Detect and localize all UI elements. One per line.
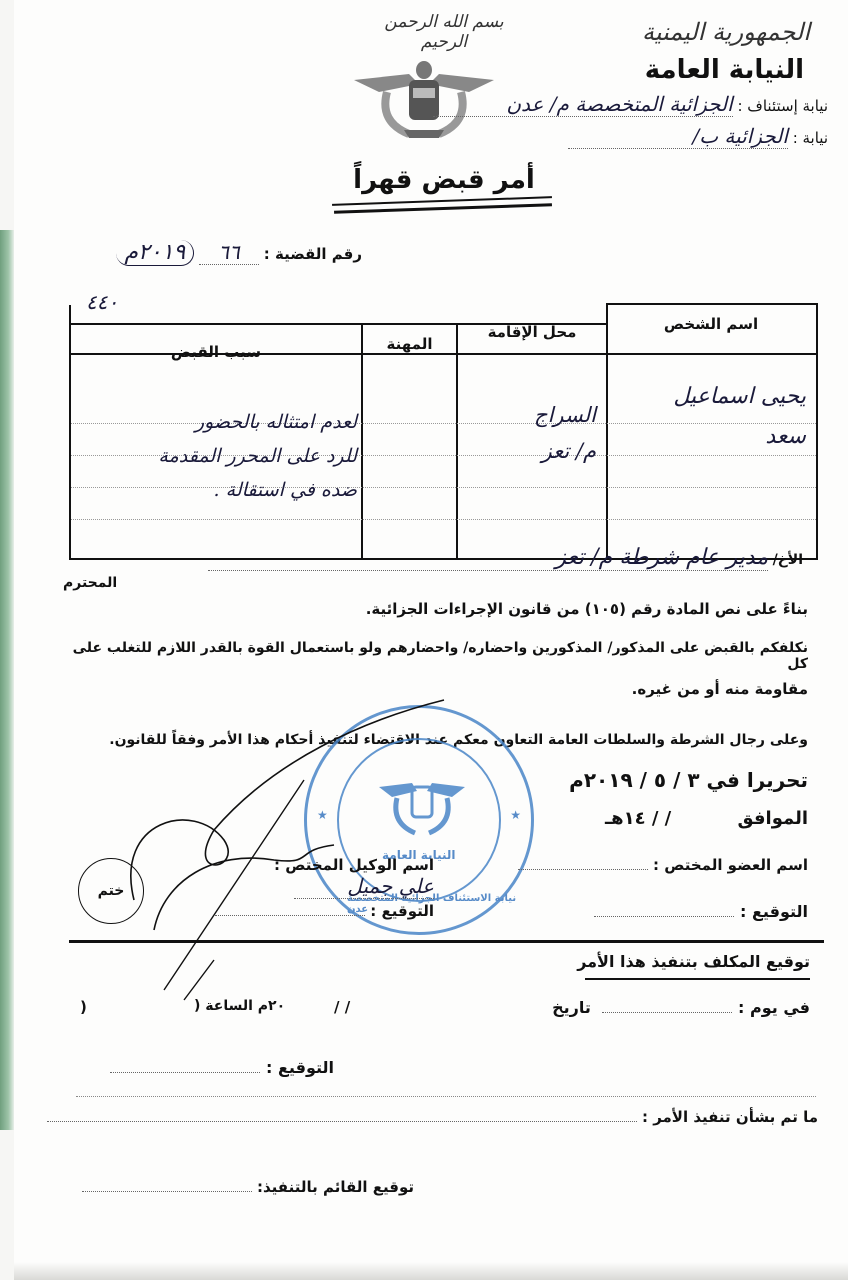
header-occupation: المهنة: [363, 335, 456, 353]
header-residence: محل الإقامة: [458, 323, 606, 341]
written-date-value: ٣ / ٥ / ٢٠١٩م: [569, 768, 699, 792]
page-title: أمر قبض قهراً: [324, 165, 564, 195]
case-year-value: ٢٠١٩م: [116, 240, 194, 266]
branch-value: الجزائية ب/: [568, 124, 788, 149]
execution-title-underline: [585, 978, 810, 980]
execution-outcome-field: ما تم بشأن تنفيذ الأمر :: [47, 1108, 818, 1126]
executor-signature-field: التوقيع :: [74, 1058, 334, 1077]
legal-basis-line: بناءً على نص المادة رقم (١٠٥) من قانون ا…: [48, 600, 808, 618]
agent-signature-field: التوقيع :: [154, 902, 434, 920]
column-divider: [361, 323, 363, 558]
branch-label: نيابة :: [793, 129, 828, 147]
title-underline: [334, 203, 552, 214]
case-number-field: رقم القضية : ٦٦ ٢٠١٩م: [82, 240, 362, 265]
official-stamp: ★ ★ النيابة العامة نيابة الاستئناف الجزا…: [304, 705, 534, 935]
execution-hour-field: ٢٠م الساعة (: [194, 998, 285, 1014]
order-line-continued: مقاومة منه أو من غيره.: [48, 680, 808, 698]
agent-name-value: علي جميل: [294, 874, 434, 899]
persons-table: اسم الشخص محل الإقامة المهنة سبب القبض ي…: [69, 305, 818, 560]
bismillah: بسم الله الرحمن الرحيم: [369, 12, 519, 52]
scanner-edge: [0, 230, 14, 1130]
arrest-warrant-document: بسم الله الرحمن الرحيم الجمهورية اليمنية…: [14, 0, 848, 1280]
person-name-cell: يحيى اسماعيل سعد: [611, 377, 806, 457]
member-signature-field: التوقيع :: [594, 902, 808, 921]
hijri-date-field: الموافق / / ١٤هـ: [605, 808, 808, 829]
addressee-field: الأخ/ مدير عام شرطة م/ تعز المحترم: [63, 545, 803, 571]
execution-section-title: توقيع المكلف بتنفيذ هذا الأمر: [577, 952, 810, 971]
arrest-reason-cell: لعدم امتثاله بالحضور للرد على المحرر الم…: [79, 405, 357, 507]
appeal-label: نيابة إستئناف :: [737, 97, 828, 115]
addressee-prefix: الأخ/: [773, 552, 803, 568]
execution-date-slashes: / /: [334, 998, 350, 1016]
written-date-field: تحريرا في ٣ / ٥ / ٢٠١٩م: [569, 768, 808, 792]
authority-heading: النيابة العامة: [645, 55, 804, 85]
section-divider: [69, 940, 824, 943]
hijri-date-value: / / ١٤هـ: [605, 808, 671, 829]
appeal-prosecution-field: نيابة إستئناف : الجزائية المتخصصة م/ عدن: [348, 92, 828, 117]
agent-name-field: اسم الوكيل المختص : علي جميل: [154, 856, 434, 899]
branch-prosecution-field: نيابة : الجزائية ب/: [428, 124, 828, 149]
appeal-value: الجزائية المتخصصة م/ عدن: [433, 92, 733, 117]
column-divider: [456, 323, 458, 558]
addressee-suffix: المحترم: [63, 575, 117, 591]
column-divider: [606, 305, 608, 558]
seal-circle: ختم: [78, 858, 144, 924]
header-person-name: اسم الشخص: [606, 315, 816, 333]
hijri-date-label: الموافق: [738, 808, 808, 829]
executor-final-signature-field: توقيع القائم بالتنفيذ:: [74, 1178, 414, 1196]
order-line: نكلفكم بالقبض على المذكور/ المذكورين واح…: [48, 640, 808, 672]
member-name-field: اسم العضو المختص :: [518, 856, 808, 874]
republic-heading: الجمهورية اليمنية: [642, 18, 810, 46]
header-arrest-reason: سبب القبض: [71, 343, 361, 361]
written-date-label: تحريرا في: [707, 768, 808, 792]
stamp-emblem-icon: [377, 773, 467, 843]
execution-hour-close: ): [80, 998, 87, 1016]
dotted-line: [76, 1096, 816, 1097]
execution-day-field: في يوم : تاريخ: [552, 998, 810, 1017]
addressee-value: مدير عام شرطة م/ تعز: [208, 545, 768, 571]
residence-cell: السراج م/ تعز: [466, 397, 596, 469]
case-number-label: رقم القضية :: [264, 245, 362, 263]
case-number-value: ٦٦: [199, 240, 259, 265]
